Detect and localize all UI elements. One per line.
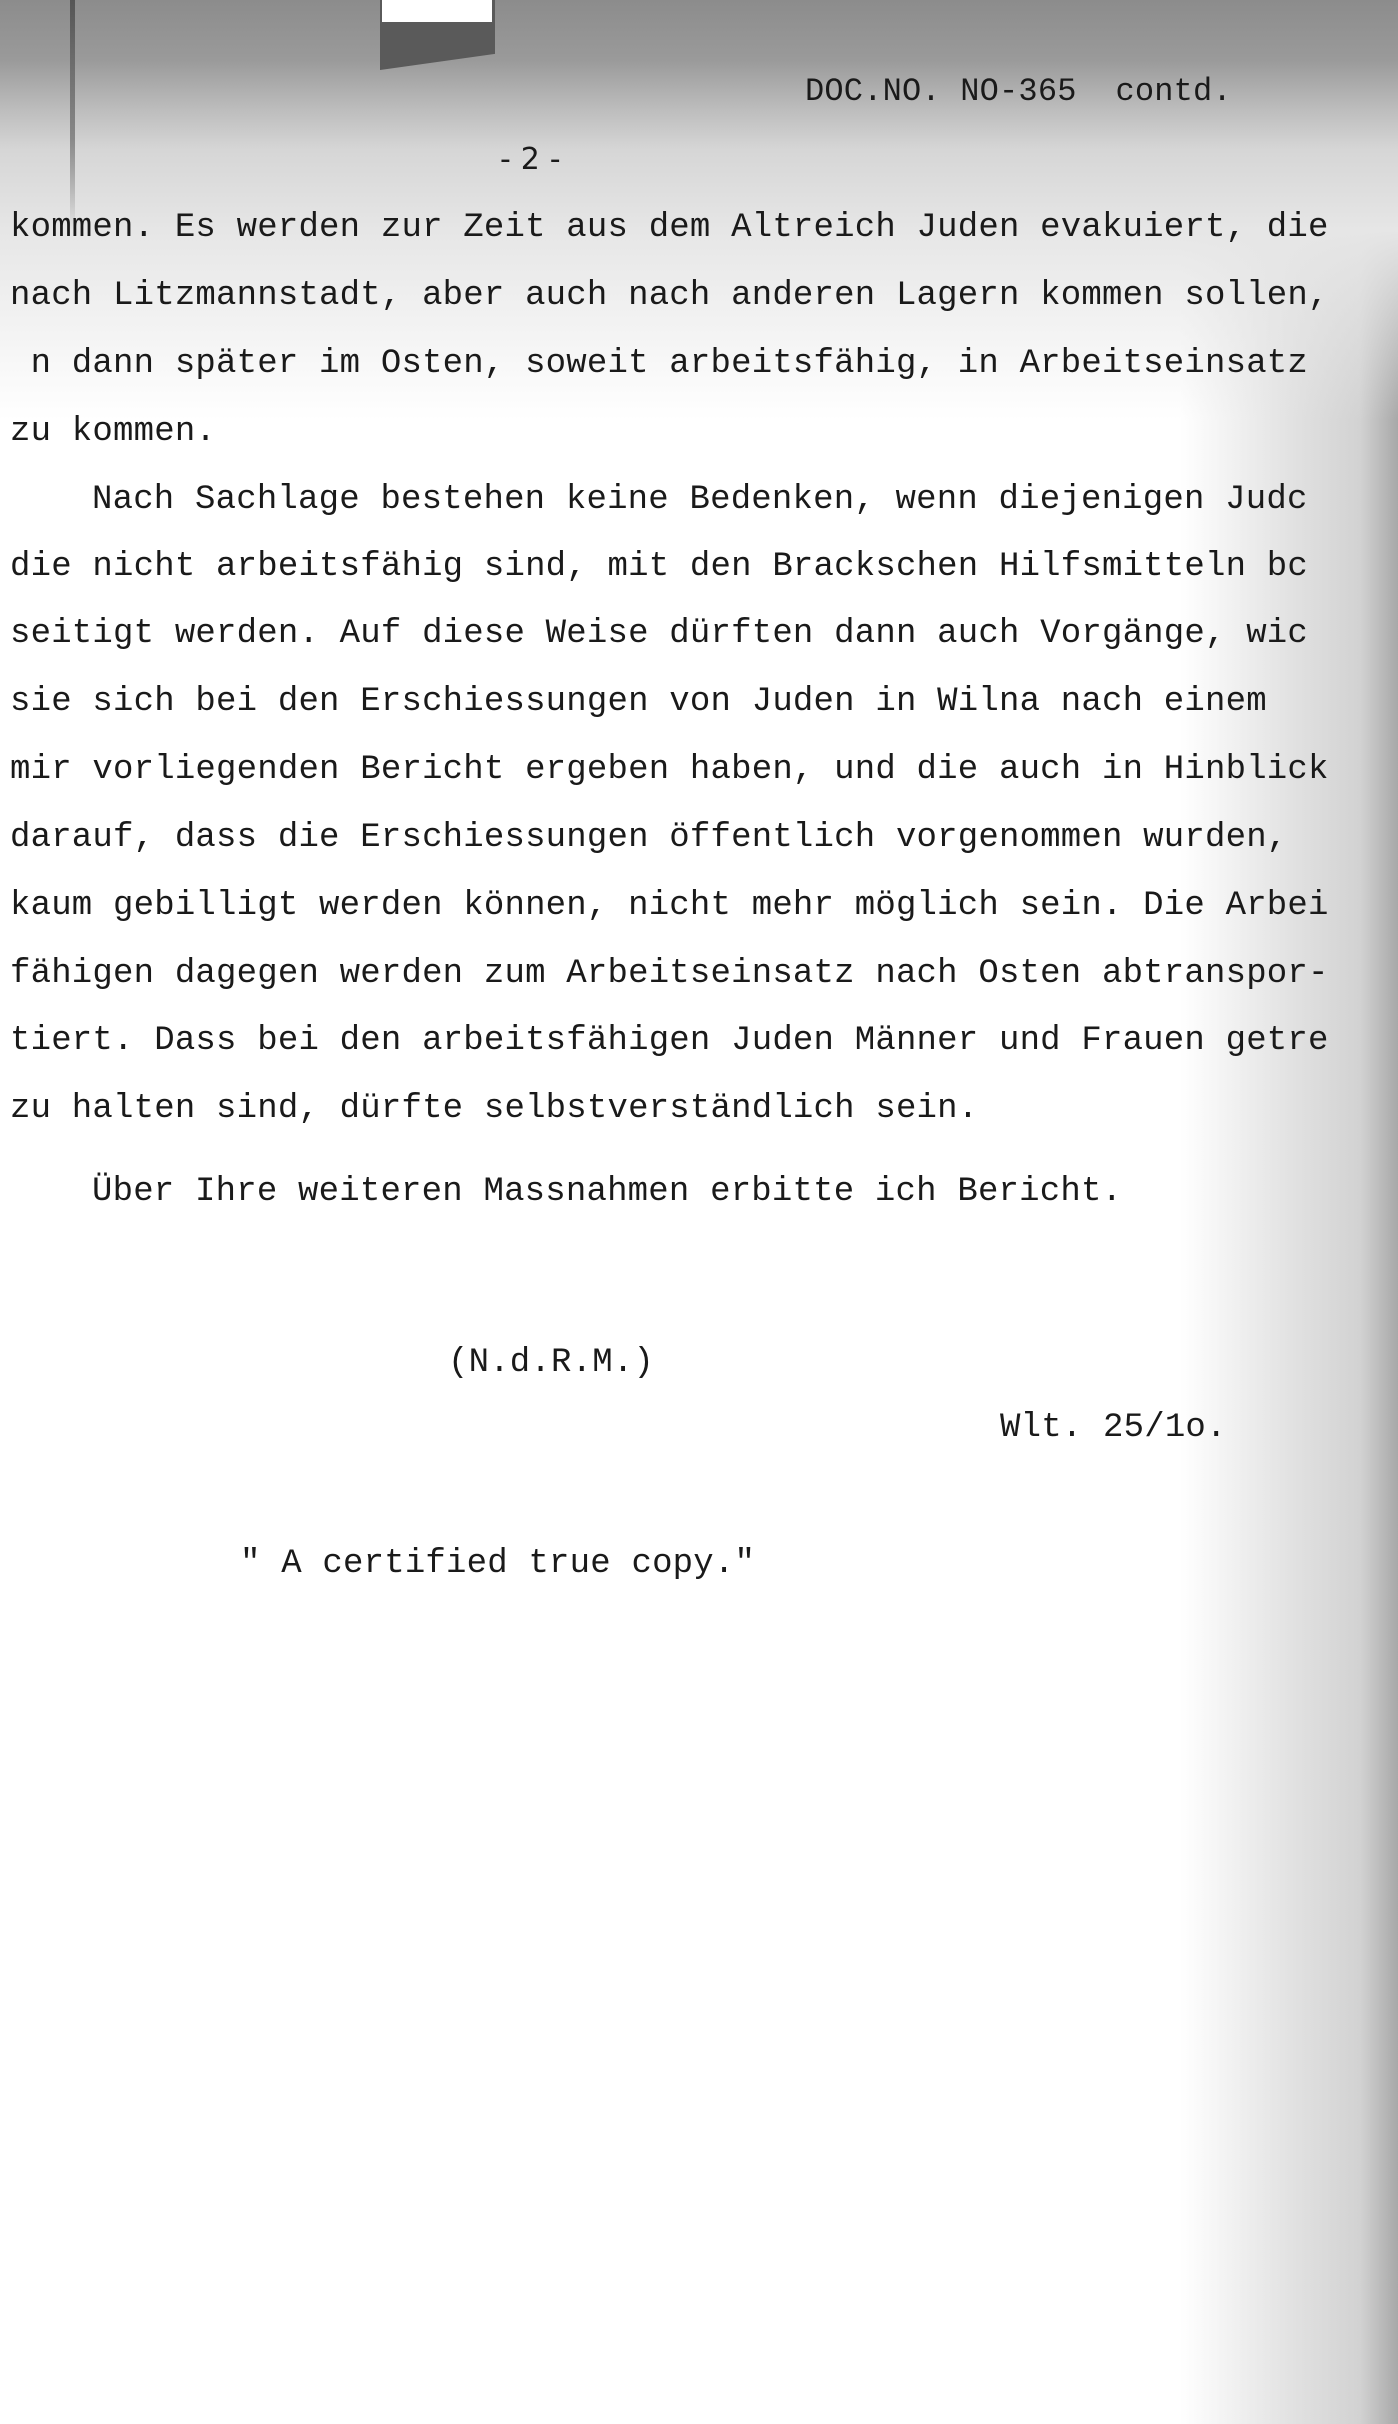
certification-note: " A certified true copy.": [240, 1544, 755, 1584]
body-line: darauf, dass die Erschiessungen öffentli…: [10, 818, 1287, 858]
body-line: nach Litzmannstadt, aber auch nach ander…: [10, 276, 1329, 316]
body-line: Nach Sachlage bestehen keine Bedenken, w…: [92, 480, 1308, 520]
body-line: seitigt werden. Auf diese Weise dürften …: [10, 614, 1308, 654]
scan-edge-streak: [70, 0, 75, 230]
page-number: - 2 -: [500, 140, 561, 180]
body-line: mir vorliegenden Bericht ergeben haben, …: [10, 750, 1329, 790]
document-number-header: DOC.NO. NO-365 contd.: [805, 72, 1232, 112]
body-line: kaum gebilligt werden können, nicht mehr…: [10, 886, 1329, 926]
scan-tab-mark-highlight: [382, 0, 492, 22]
body-line: sie sich bei den Erschiessungen von Jude…: [10, 682, 1267, 722]
document-page: DOC.NO. NO-365 contd. - 2 - kommen. Es w…: [0, 0, 1398, 2424]
reference-code: Wlt. 25/1o.: [1000, 1408, 1227, 1448]
body-line: n dann später im Osten, soweit arbeitsfä…: [10, 344, 1308, 384]
body-line: kommen. Es werden zur Zeit aus dem Altre…: [10, 208, 1329, 248]
closing-line: Über Ihre weiteren Massnahmen erbitte ic…: [92, 1172, 1122, 1212]
body-line: zu halten sind, dürfte selbstverständlic…: [10, 1089, 978, 1129]
body-line: die nicht arbeitsfähig sind, mit den Bra…: [10, 547, 1308, 587]
body-line: zu kommen.: [10, 412, 216, 452]
signature: (N.d.R.M.): [448, 1343, 654, 1383]
body-line: fähigen dagegen werden zum Arbeitseinsat…: [10, 954, 1329, 994]
body-line: tiert. Dass bei den arbeitsfähigen Juden…: [10, 1021, 1329, 1061]
